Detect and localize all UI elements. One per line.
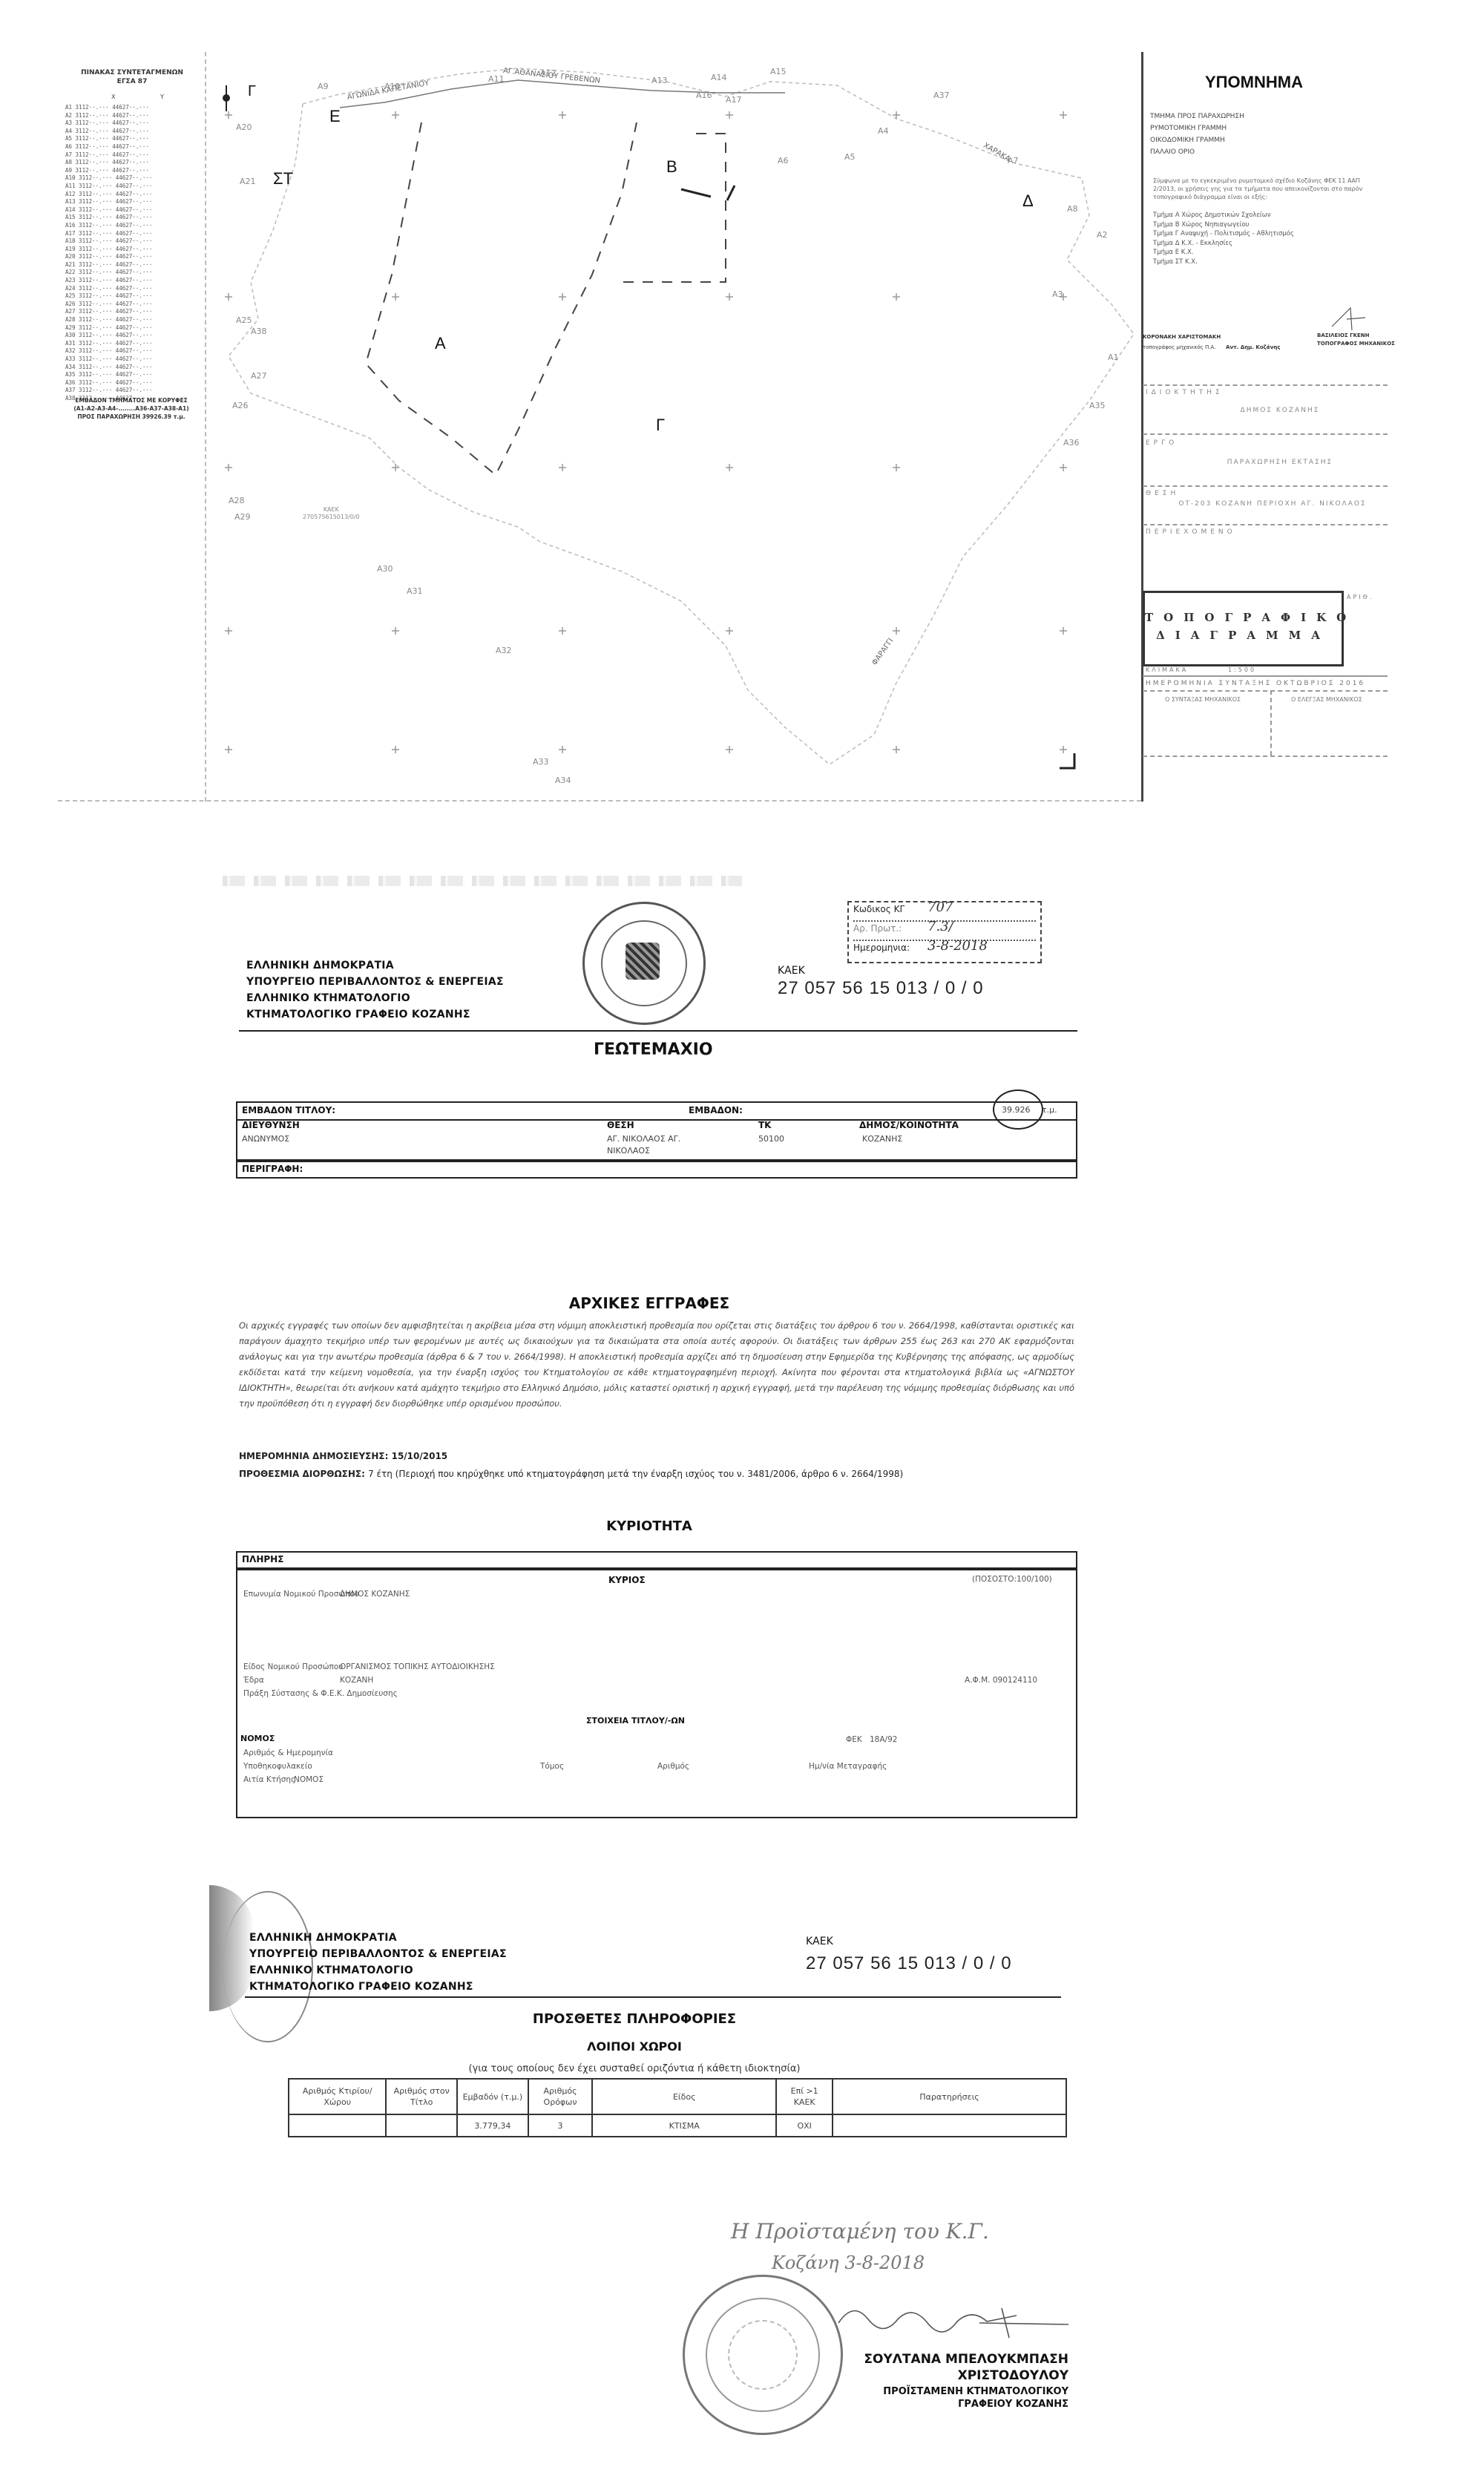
coordinate-row: A26 3112··.··· 44627··.··· [65, 301, 199, 309]
vertex-label: Α26 [232, 401, 249, 410]
drafted-by: Ο ΣΥΝΤΑΞΑΣ ΜΗΧΑΝΙΚΟΣ [1165, 696, 1241, 703]
coordinate-table-footer: ΕΜΒΑΔΟΝ ΤΜΗΜΑΤΟΣ ΜΕ ΚΟΡΥΦΕΣ (Α1-Α2-Α3-Α4… [61, 396, 202, 421]
coordinate-row: A20 3112··.··· 44627··.··· [65, 253, 199, 261]
legend-item: ΡΥΜΟΤΟΜΙΚΗ ΓΡΑΜΜΗ [1150, 125, 1227, 132]
table-cell: ΟΧΙ [776, 2114, 833, 2137]
table-cell: 3 [528, 2114, 592, 2137]
column-header: Αριθμός Κτιρίου/Χώρου [289, 2079, 386, 2114]
stamp-date: 3-8-2018 [927, 938, 988, 954]
vertex-label: Α27 [251, 371, 267, 381]
postcode-value: 50100 [758, 1134, 784, 1144]
owner-seat: ΚΟΖΑΝΗ [340, 1676, 373, 1685]
land-use-item: Τμήμα Δ Κ.Χ. - Εκκλησίες [1153, 239, 1294, 249]
vertex-label: Α2 [1097, 230, 1108, 240]
zone-a-label: Α [435, 334, 446, 353]
fek-value: 18Α/92 [870, 1735, 897, 1744]
vertex-label: Α1 [1108, 353, 1119, 362]
vertex-label: Α37 [933, 91, 950, 100]
date-value: ΟΚΤΩΒΡΙΟΣ 2016 [1276, 680, 1365, 687]
land-use-item: Τμήμα Ε Κ.Χ. [1153, 248, 1294, 258]
vertex-label: Α10 [384, 82, 401, 91]
coordinate-row: A32 3112··.··· 44627··.··· [65, 347, 199, 355]
other-spaces-title: ΛΟΙΠΟΙ ΧΩΡΟΙ [208, 2039, 1061, 2054]
ownership-type-row: ΠΛΗΡΗΣ [236, 1551, 1077, 1569]
coordinate-row: A6 3112··.··· 44627··.··· [65, 143, 199, 151]
coordinate-row: A17 3112··.··· 44627··.··· [65, 230, 199, 238]
coordinate-row: A13 3112··.··· 44627··.··· [65, 198, 199, 206]
sheet-label: ΑΡΙΘ. [1347, 594, 1374, 600]
table-row: 3.779,343ΚΤΙΣΜΑΟΧΙ [289, 2114, 1066, 2137]
issuer-block-2: ΕΛΛΗΝΙΚΗ ΔΗΜΟΚΡΑΤΙΑ ΥΠΟΥΡΓΕΙΟ ΠΕΡΙΒΑΛΛΟΝ… [249, 1930, 507, 1995]
kaek-map-tag: ΚΑΕΚ 270575615013/0/0 [303, 506, 360, 521]
ownership-title: ΚΥΡΙΟΤΗΤΑ [223, 1518, 1076, 1534]
land-use-note: Σύμφωνα με το εγκεκριμένο ρυμοτομικό σχέ… [1153, 177, 1376, 201]
column-header: Παρατηρήσεις [833, 2079, 1066, 2114]
kaek-value: 27 057 56 15 013 / 0 / 0 [778, 978, 984, 999]
vertex-label: Α32 [496, 646, 512, 655]
handwritten-note: Η Προϊσταμένη του Κ.Γ. [731, 2219, 989, 2244]
coordinate-row: A9 3112··.··· 44627··.··· [65, 167, 199, 175]
table-cell: ΚΤΙΣΜΑ [592, 2114, 776, 2137]
additional-info-title: ΠΡΟΣΘΕΤΕΣ ΠΛΗΡΟΦΟΡΙΕΣ [208, 2011, 1061, 2027]
content-label: ΠΕΡΙΕΧΟΜΕΝΟ [1146, 528, 1236, 536]
land-use-item: Τμήμα Β Χώρος Νηπιαγωγείου [1153, 220, 1294, 230]
table-cell [386, 2114, 456, 2137]
vertex-label: Α33 [533, 757, 549, 767]
coordinate-row: A4 3112··.··· 44627··.··· [65, 128, 199, 136]
entity-type: ΟΡΓΑΝΙΣΜΟΣ ΤΟΠΙΚΗΣ ΑΥΤΟΔΙΟΙΚΗΣΗΣ [340, 1662, 495, 1671]
project-label: ΕΡΓΟ [1146, 439, 1178, 447]
coordinate-row: A30 3112··.··· 44627··.··· [65, 332, 199, 340]
column-header: Αριθμός στον Τίτλο [386, 2079, 456, 2114]
vertex-label: Α14 [711, 73, 727, 82]
coordinate-row: A3 3112··.··· 44627··.··· [65, 119, 199, 128]
vertex-label: Α5 [844, 152, 856, 162]
vertex-label: Α29 [234, 512, 251, 522]
official-seal-icon [582, 902, 706, 1025]
signature-right-role: ΤΟΠΟΓΡΑΦΟΣ ΜΗΧΑΝΙΚΟΣ [1317, 341, 1395, 347]
signature-left: ΚΟΡΟΝΑΚΗ ΧΑΡΙΣΤΟΜΑΚΗ [1143, 334, 1221, 340]
coordinate-row: A19 3112··.··· 44627··.··· [65, 246, 199, 254]
correction-deadline: ΠΡΟΘΕΣΜΙΑ ΔΙΟΡΘΩΣΗΣ: 7 έτη (Περιοχή που … [239, 1467, 1074, 1482]
vertex-label: Α8 [1067, 204, 1078, 214]
vertex-label: Α13 [651, 76, 668, 85]
coordinate-rows: A1 3112··.··· 44627··.···A2 3112··.··· 4… [65, 104, 199, 403]
coordinate-row: A25 3112··.··· 44627··.··· [65, 292, 199, 301]
legend-item: ΠΑΛΑΙΟ ΟΡΙΟ [1150, 148, 1195, 156]
coordinate-row: A37 3112··.··· 44627··.··· [65, 387, 199, 395]
table-cell [289, 2114, 386, 2137]
land-use-item: Τμήμα ΣΤ Κ.Χ. [1153, 258, 1294, 267]
vertex-label: Α9 [318, 82, 329, 91]
scan-artifact [223, 876, 742, 886]
column-header: Επί >1 ΚΑΕΚ [776, 2079, 833, 2114]
owner-afm: 090124110 [993, 1676, 1037, 1685]
signer-name: ΣΟΥΛΤΑΝΑ ΜΠΕΛΟΥΚΜΠΑΣΗ ΧΡΙΣΤΟΔΟΥΛΟΥ [772, 2351, 1068, 2384]
coordinate-row: A24 3112··.··· 44627··.··· [65, 285, 199, 293]
scale-value: 1:500 [1228, 666, 1256, 673]
coordinate-row: A7 3112··.··· 44627··.··· [65, 151, 199, 160]
acquisition-value: ΝΟΜΟΣ [294, 1775, 324, 1784]
stamp-protocol: 7.3/ [927, 919, 953, 934]
coordinate-row: A35 3112··.··· 44627··.··· [65, 371, 199, 379]
vertex-label: Α31 [407, 586, 423, 596]
vertex-label: Α30 [377, 564, 393, 574]
coordinate-row: A12 3112··.··· 44627··.··· [65, 191, 199, 199]
coordinate-row: A21 3112··.··· 44627··.··· [65, 261, 199, 269]
vertex-label: Α20 [236, 122, 252, 132]
coordinate-row: A16 3112··.··· 44627··.··· [65, 222, 199, 230]
location-value: ΟΤ-203 ΚΟΖΑΝΗ ΠΕΡΙΟΧΗ ΑΓ. ΝΙΚΟΛΑΟΣ [1165, 500, 1380, 508]
coordinate-row: A5 3112··.··· 44627··.··· [65, 135, 199, 143]
address-block: ΔΙΕΥΘΥΝΣΗ ΘΕΣΗ ΤΚ ΔΗΜΟΣ/ΚΟΙΝΟΤΗΤΑ ΑΝΩΝΥΜ… [236, 1118, 1077, 1161]
municipality-value: ΚΟΖΑΝΗΣ [862, 1134, 902, 1144]
signature-scribble [831, 2293, 1076, 2353]
signer-role: ΠΡΟΪΣΤΑΜΕΝΗ ΚΤΗΜΑΤΟΛΟΓΙΚΟΥ ΓΡΑΦΕΙΟΥ ΚΟΖΑ… [772, 2385, 1068, 2411]
vertex-label: Α28 [229, 496, 245, 505]
legend-item: ΟΙΚΟΔΟΜΙΚΗ ΓΡΑΜΜΗ [1150, 137, 1225, 144]
vertex-label: Α34 [555, 776, 571, 785]
vertex-label: Α38 [251, 327, 267, 336]
topographic-sheet: ΠΙΝΑΚΑΣ ΣΥΝΤΕΤΑΓΜΕΝΩΝ ΕΓΣΑ 87 X Y A1 311… [58, 52, 1468, 802]
title-block: ΙΔΙΟΚΤΗΤΗΣ ΔΗΜΟΣ ΚΟΖΑΝΗΣ ΕΡΓΟ ΠΑΡΑΧΩΡΗΣΗ… [1143, 384, 1388, 800]
land-use-item: Τμήμα Γ Αναψυχή - Πολιτισμός - Αθλητισμό… [1153, 229, 1294, 239]
coordinate-row: A14 3112··.··· 44627··.··· [65, 206, 199, 214]
kaek-value-2: 27 057 56 15 013 / 0 / 0 [806, 1953, 1012, 1974]
coordinate-row: A15 3112··.··· 44627··.··· [65, 214, 199, 222]
scale-label: ΚΛΙΜΑΚΑ [1146, 666, 1188, 673]
address-value: ΑΝΩΝΥΜΟΣ [242, 1134, 289, 1144]
issuer-block: ΕΛΛΗΝΙΚΗ ΔΗΜΟΚΡΑΤΙΑ ΥΠΟΥΡΓΕΙΟ ΠΕΡΙΒΑΛΛΟΝ… [246, 957, 504, 1023]
zone-st-label: ΣΤ [273, 169, 293, 189]
date-label: ΗΜΕΡΟΜΗΝΙΑ ΣΥΝΤΑΞΗΣ [1146, 680, 1272, 687]
coordinate-row: A23 3112··.··· 44627··.··· [65, 277, 199, 285]
vertex-label: Α4 [878, 126, 889, 136]
location-value: ΑΓ. ΝΙΚΟΛΑΟΣ ΑΓ. [607, 1134, 680, 1144]
divider [245, 1996, 1061, 1998]
owner-value: ΔΗΜΟΣ ΚΟΖΑΝΗΣ [1172, 407, 1388, 414]
zone-e-label: Ε [329, 107, 341, 126]
vertex-label: Α17 [726, 95, 742, 105]
north-label: Γ [248, 83, 256, 100]
initial-entries-text: Οι αρχικές εγγραφές των οποίων δεν αμφισ… [239, 1318, 1074, 1412]
signature-left-role: τοπογράφος μηχανικός Π.Α. [1143, 344, 1216, 350]
signature-scribble [1328, 304, 1373, 334]
legend-panel: ΥΠΟΜΝΗΜΑ ΤΜΗΜΑ ΠΡΟΣ ΠΑΡΑΧΩΡΗΣΗ ΡΥΜΟΤΟΜΙΚ… [1143, 52, 1469, 802]
zone-c-label: Γ [656, 416, 665, 435]
column-header: Εμβαδόν (τ.μ.) [457, 2079, 528, 2114]
ownership-share: (ΠΟΣΟΣΤΟ:100/100) [972, 1575, 1052, 1584]
signature-mid: Αντ. Δημ. Κοζάνης [1226, 344, 1280, 350]
document-type: ΓΕΩΤΕΜΑΧΙΟ [594, 1041, 713, 1059]
coordinate-table-title: ΠΙΝΑΚΑΣ ΣΥΝΤΕΤΑΓΜΕΝΩΝ ΕΓΣΑ 87 [65, 68, 199, 86]
registry-stamp: Κωδικος ΚΓ 707 Αρ. Πρωτ.: 7.3/ Ημερομηνι… [847, 901, 1042, 963]
land-use-item: Τμήμα Α Χώρος Δημοτικών Σχολείων [1153, 211, 1294, 220]
title-type: ΝΟΜΟΣ [240, 1734, 275, 1743]
table-cell [833, 2114, 1066, 2137]
kaek-label-2: ΚΑΕΚ [806, 1936, 833, 1947]
vertex-label: Α12 [540, 68, 556, 78]
other-spaces-note: (για τους οποίους δεν έχει συσταθεί οριζ… [208, 2063, 1061, 2074]
vertex-label: Α21 [240, 177, 256, 186]
coordinate-row: A2 3112··.··· 44627··.··· [65, 112, 199, 120]
approved-by: Ο ΕΛΕΓΞΑΣ ΜΗΧΑΝΙΚΟΣ [1291, 696, 1362, 703]
vertex-label: Α35 [1089, 401, 1106, 410]
table-cell: 3.779,34 [457, 2114, 528, 2137]
vertex-label: Α15 [770, 67, 787, 76]
legend-title: ΥΠΟΜΝΗΜΑ [1143, 73, 1365, 92]
north-arrow-icon [223, 85, 229, 111]
coordinate-row: A34 3112··.··· 44627··.··· [65, 364, 199, 372]
location-label: ΘΕΣΗ [1146, 490, 1179, 497]
column-header: Αριθμός Ορόφων [528, 2079, 592, 2114]
coordinate-row: A28 3112··.··· 44627··.··· [65, 316, 199, 324]
coordinate-row: A29 3112··.··· 44627··.··· [65, 324, 199, 332]
publication-date: ΗΜΕΡΟΜΗΝΙΑ ΔΗΜΟΣΙΕΥΣΗΣ: 15/10/2015 [239, 1449, 1074, 1464]
zone-b-label: Β [666, 157, 677, 177]
coordinate-row: A10 3112··.··· 44627··.··· [65, 174, 199, 183]
coordinate-row: A22 3112··.··· 44627··.··· [65, 269, 199, 277]
coordinate-row: A18 3112··.··· 44627··.··· [65, 237, 199, 246]
coordinate-row: A31 3112··.··· 44627··.··· [65, 340, 199, 348]
initial-entries-title: ΑΡΧΙΚΕΣ ΕΓΓΡΑΦΕΣ [223, 1294, 1076, 1312]
coordinate-row: A11 3112··.··· 44627··.··· [65, 183, 199, 191]
land-use-parts: Τμήμα Α Χώρος Δημοτικών ΣχολείωνΤμήμα Β … [1153, 211, 1294, 266]
vertex-label: Α3 [1052, 289, 1063, 299]
handwritten-date: Κοζάνη 3-8-2018 [772, 2252, 925, 2273]
coordinate-row: A8 3112··.··· 44627··.··· [65, 159, 199, 167]
table-header: Αριθμός Κτιρίου/ΧώρουΑριθμός στον ΤίτλοΕ… [289, 2079, 1066, 2114]
owner-label: ΙΔΙΟΚΤΗΤΗΣ [1146, 389, 1224, 396]
kaek-label: ΚΑΕΚ [778, 965, 805, 977]
owner-name: ΔΗΜΟΣ ΚΟΖΑΝΗΣ [340, 1590, 410, 1599]
vertex-label: Α11 [488, 74, 505, 84]
zone-d-label: Δ [1022, 191, 1034, 211]
legend-item: ΤΜΗΜΑ ΠΡΟΣ ΠΑΡΑΧΩΡΗΣΗ [1150, 113, 1244, 120]
vertex-label: Α7 [1008, 156, 1019, 166]
coordinate-row: A27 3112··.··· 44627··.··· [65, 308, 199, 316]
coordinate-table: ΠΙΝΑΚΑΣ ΣΥΝΤΕΤΑΓΜΕΝΩΝ ΕΓΣΑ 87 X Y A1 311… [58, 52, 206, 802]
vertex-label: Α6 [778, 156, 789, 166]
ownership-details: ΚΥΡΙΟΣ (ΠΟΣΟΣΤΟ:100/100) Επωνυμία Νομικο… [236, 1569, 1077, 1818]
coordinate-row: A33 3112··.··· 44627··.··· [65, 355, 199, 364]
site-map: Γ Α Β Γ Δ Ε ΣΤ ΑΓΩΝΙΔΑ ΚΑΠΕΤΑΝΙΟΥ ΑΓ.ΑΘΑ… [206, 52, 1143, 802]
vertex-label: Α36 [1063, 438, 1080, 448]
divider [239, 1030, 1077, 1032]
description-row: ΠΕΡΙΓΡΑΦΗ: [236, 1161, 1077, 1179]
coordinate-row: A1 3112··.··· 44627··.··· [65, 104, 199, 112]
project-value: ΠΑΡΑΧΩΡΗΣΗ ΕΚΤΑΣΗΣ [1172, 459, 1388, 466]
drawing-title-box: ΤΟΠΟΓΡΑΦΙΚΟ ΔΙΑΓΡΑΜΜΑ [1143, 591, 1344, 666]
area-unit: τ.μ. [1042, 1105, 1057, 1115]
vertex-label: Α16 [696, 91, 712, 100]
column-header: Είδος [592, 2079, 776, 2114]
stamp-code: 707 [927, 899, 953, 915]
vertex-label: Α25 [236, 315, 252, 325]
other-spaces-table: Αριθμός Κτιρίου/ΧώρουΑριθμός στον ΤίτλοΕ… [288, 2078, 1067, 2137]
coordinate-row: A36 3112··.··· 44627··.··· [65, 379, 199, 387]
